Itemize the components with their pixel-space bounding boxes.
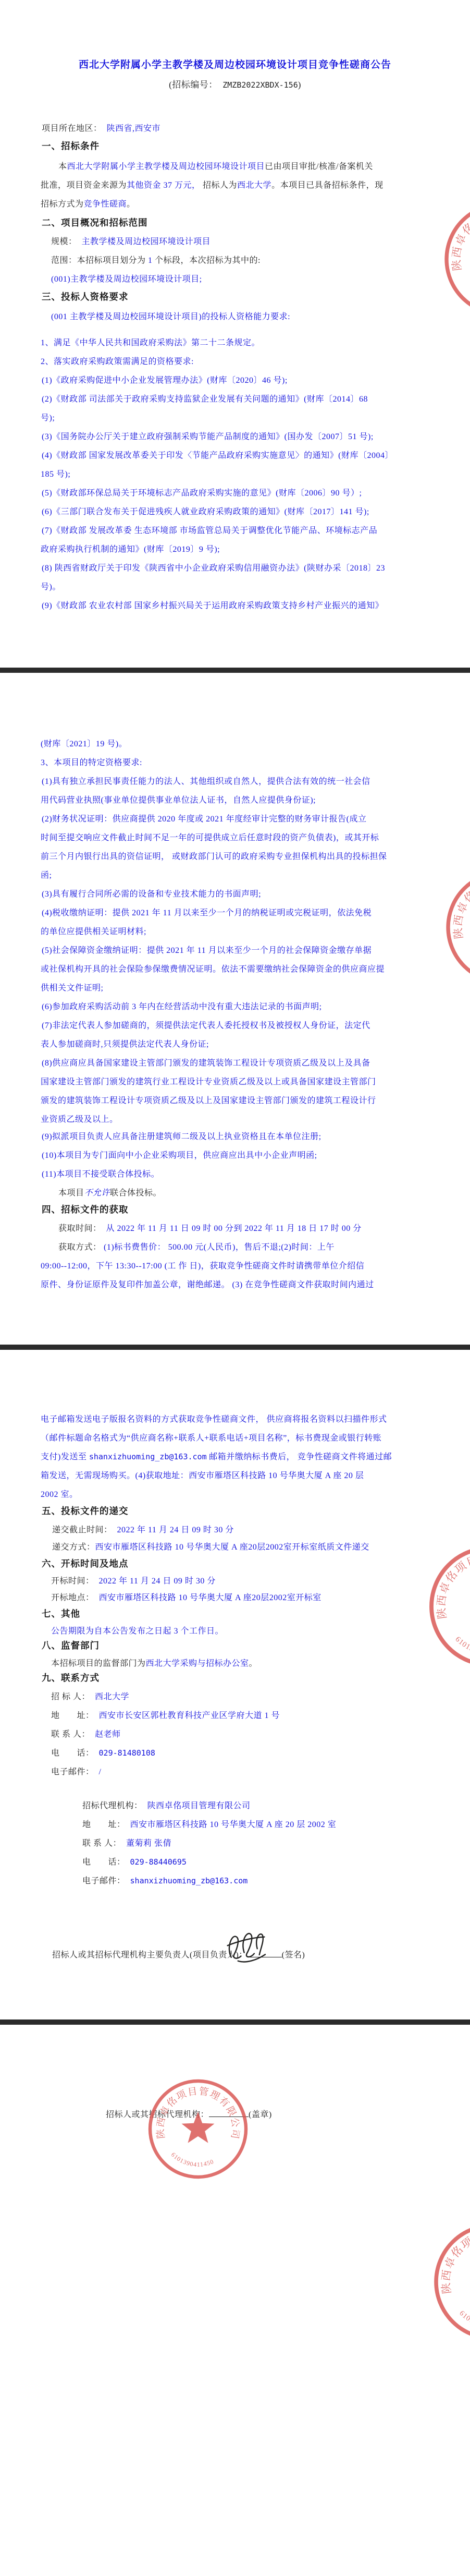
text-segment: (7)非法定代表人参加磋商的，须提供法定代表人委托授权书及被授权人身份证，法定代 xyxy=(42,1021,370,1030)
text-segment: 六、开标时间及地点 xyxy=(42,1558,129,1569)
text-segment: 四、招标文件的获取 xyxy=(42,1204,129,1215)
text-line-60: 支付)发送至 shanxizhuoming_zb@163.com 邮箱并缴纳标书… xyxy=(41,1452,392,1462)
text-segment: 开标地点： xyxy=(51,1593,99,1602)
text-segment: 或社保机构开具的社会保险参保缴费情况证明。依法不需要缴纳社会保障资金的供应商应提 xyxy=(41,965,385,974)
text-line-26: 号)。 xyxy=(41,582,61,592)
text-segment: 西安市长安区郭杜教育科技产业区学府大道 1 号 xyxy=(99,1711,280,1720)
text-segment: 西安市雁塔区科技路 10 号华奥大厦 A 座20层2002室开标室 xyxy=(99,1593,321,1602)
text-segment: (4)税收缴纳证明：提供 2021 年 11 月以来至少一个月的纳税证明或完税证… xyxy=(42,909,372,917)
text-segment: 招 标 人： xyxy=(51,1692,95,1701)
text-segment: (财库〔2021〕19 号)。 xyxy=(41,740,127,748)
seal-serial-number: 6101390411450 xyxy=(468,285,470,305)
text-segment: 招标人为 xyxy=(201,181,238,190)
text-segment: 赵老师 xyxy=(95,1730,121,1739)
tenderer-phone: 电 话： 029-81480108 xyxy=(51,1748,155,1759)
text-segment: 西安市雁塔区科技路 10 号华奥大厦 A 座 20 层 2002 室 xyxy=(130,1820,337,1829)
text-segment: 一、招标条件 xyxy=(42,141,100,151)
section-6-heading: 六、开标时间及地点 xyxy=(42,1558,129,1569)
text-segment: (1)具有独立承担民事责任能力的法人、其他组织或自然人，提供合法有效的统一社会信 xyxy=(42,777,370,786)
text-line-40: 或社保机构开具的社会保险参保缴费情况证明。依法不需要缴纳社会保障资金的供应商应提 xyxy=(41,964,385,975)
text-line-15: (1)《政府采购促进中小企业发展管理办法》(财库〔2020〕46 号); xyxy=(42,375,288,386)
text-segment: 号)。 xyxy=(41,583,61,591)
text-segment: ZMZB2022XBDX-156 xyxy=(222,80,298,90)
seal-ring xyxy=(150,2081,246,2177)
text-segment: 已由项目审批/核准/备案机关 xyxy=(265,162,373,171)
tenderer-address: 地 址： 西安市长安区郭杜教育科技产业区学府大道 1 号 xyxy=(51,1710,280,1721)
seal-line: 招标人或其招标代理机构：(盖章) xyxy=(106,2109,272,2120)
text-segment: 3、本项目的特定资格要求: xyxy=(41,758,142,767)
text-line-49: (9)拟派项目负责人应具备注册建筑师二级及以上执业资格且在本单位注册; xyxy=(42,1131,321,1142)
text-segment: (2)财务状况证明：供应商提供 2020 年度或 2021 年度经审计完整的财务… xyxy=(42,815,367,824)
text-segment: 1 xyxy=(148,256,153,265)
text-segment: (3)具有履行合同所必需的设备和专业技术能力的书面声明; xyxy=(42,890,261,899)
text-segment: (11)本项目不接受联合体投标。 xyxy=(42,1170,159,1179)
text-segment: (6)《三部门联合发布关于促进残疾人就业政府采购政策的通知》(财库〔2017〕1… xyxy=(42,507,369,516)
text-line-57: 原件、身份证原件及复印件加盖公章，谢绝邮递。 (3) 在竞争性磋商文件获取时间内… xyxy=(41,1279,374,1290)
text-segment: （邮件标题命名格式为“供应商名称+联系人+联系电话+项目名称”，标书费现金或银行… xyxy=(41,1434,381,1443)
text-line-38: 的单位应提供相关证明材料; xyxy=(41,926,146,937)
section-5-heading: 五、投标文件的递交 xyxy=(42,1506,129,1517)
section-7-heading: 七、其他 xyxy=(42,1609,80,1619)
seal-ring xyxy=(431,1548,470,1665)
text-segment: (001)主教学楼及周边校园环境设计项目; xyxy=(51,275,202,284)
text-line-55: 获取方式： (1)标书费售价： 500.00 元(人民币)，售后不退;(2)时间… xyxy=(58,1242,335,1253)
text-segment: 支付)发送至 xyxy=(41,1453,89,1461)
text-segment: shanxizhuoming_zb@163.com xyxy=(89,1452,207,1461)
text-segment: ) xyxy=(298,80,301,90)
text-line-41: 供相关文件证明; xyxy=(41,983,103,994)
text-segment: 联 系 人： xyxy=(51,1730,95,1739)
signature-stroke xyxy=(227,1937,265,1945)
text-line-37: (4)税收缴纳证明：提供 2021 年 11 月以来至少一个月的纳税证明或完税证… xyxy=(42,908,372,918)
text-segment: 陕西卓佲项目管理有限公司 xyxy=(147,1801,251,1810)
seal-company-name: 陕西卓佲项目管理有限公司 xyxy=(439,2229,470,2295)
agency-phone: 电 话： 029-88440695 xyxy=(82,1857,187,1868)
text-line-62: 2002 室。 xyxy=(41,1489,78,1500)
text-line-21: (5)《财政部环保总局关于环境标志产品政府采购实施的意见》(财库〔2006〕90… xyxy=(42,488,362,499)
seal-ring xyxy=(448,873,470,982)
text-segment: 电子邮件： xyxy=(51,1768,99,1776)
seal-serial-number: 6101390411450 xyxy=(454,1635,470,1656)
text-segment: 获取时间： xyxy=(58,1224,106,1233)
text-segment: 的单位应提供相关证明材料; xyxy=(41,927,146,936)
text-segment: 八、监督部门 xyxy=(42,1640,100,1651)
red-seal-page1: 陕西卓佲项目管理有限公司6101390411450 xyxy=(440,198,470,320)
text-line-34: 前三个月内银行出具的资信证明， 或财政部门认可的政府采购专业担保机构出具的投标担… xyxy=(41,851,387,862)
red-seal-page4: 陕西卓佲项目管理有限公司6101390411450 xyxy=(430,2219,470,2344)
text-segment: 范围：本招标项目划分为 xyxy=(51,256,148,265)
agency-email: 电子邮件： shanxizhuoming_zb@163.com xyxy=(82,1876,248,1886)
text-line-45: (8)供应商应具备国家建设主管部门颁发的建筑装饰工程设计专项资质乙级及以上及具备 xyxy=(42,1058,370,1069)
text-segment: 西安市雁塔区科技路 10 号华奥大厦 A 座20层2002室开标室纸质文件递交 xyxy=(95,1543,369,1552)
section-3-heading: 三、投标人资格要求 xyxy=(42,292,129,303)
text-line-51: (11)本项目不接受联合体投标。 xyxy=(42,1169,159,1180)
text-segment: (签名) xyxy=(282,1951,305,1960)
text-line-59: （邮件标题命名格式为“供应商名称+联系人+联系电话+项目名称”，标书费现金或银行… xyxy=(41,1433,381,1444)
project-region: 项目所在地区： 陕西省,西安市 xyxy=(42,123,160,134)
text-segment: 招标人或其招标代理机构： xyxy=(106,2110,209,2119)
text-line-46: 国家建设主管部门颁发的建筑行业工程设计专业资质乙级及以上或具备国家建设主管部门 xyxy=(41,1077,376,1087)
text-segment: / xyxy=(99,1768,102,1776)
text-line-9: 范围：本招标项目划分为 1 个标段，本次招标为其中的: xyxy=(51,255,261,266)
text-line-19: (4)《财政部 国家发展改革委关于印发〈节能产品政府采购实施意见〉的通知》(财库… xyxy=(42,450,393,461)
section-1-heading: 一、招标条件 xyxy=(42,141,100,152)
text-segment: 电子邮件： xyxy=(82,1877,130,1885)
text-line-58: 电子邮箱发送电子版报名资料的方式获取竞争性磋商文件， 供应商将报名资料以扫描件形… xyxy=(41,1414,387,1425)
text-line-67: 开标时间： 2022 年 11 月 24 日 09 时 30 分 xyxy=(51,1576,216,1587)
text-line-12: (001 主教学楼及周边校园环境设计项目)的投标人资格能力要求: xyxy=(51,311,290,322)
text-segment: 联 系 人： xyxy=(82,1839,126,1848)
text-segment: 陕西省,西安市 xyxy=(107,124,161,133)
text-segment: 五、投标文件的递交 xyxy=(42,1506,129,1516)
text-segment: 从 2022 年 11 月 11 日 09 时 00 分到 2022 年 11 … xyxy=(106,1224,362,1233)
text-segment: 递交方式： xyxy=(52,1543,95,1552)
text-segment: (4)《财政部 国家发展改革委关于印发〈节能产品政府采购实施意见〉的通知》(财库… xyxy=(42,451,393,460)
text-segment: 表人参加磋商时,只须提供法定代表人身份证; xyxy=(41,1040,209,1049)
text-line-47: 颁发的建筑装饰工程设计专项资质乙级及以上及国家建设主管部门颁发的建筑工程设计行 xyxy=(41,1095,376,1106)
text-line-28: (财库〔2021〕19 号)。 xyxy=(41,739,127,749)
text-segment: 2022 年 11 月 24 日 09 时 30 分 xyxy=(117,1526,234,1534)
text-line-72: 本招标项目的监督部门为西北大学采购与招标办公室。 xyxy=(51,1658,257,1669)
text-segment: (001 主教学楼及周边校园环境设计项目)的投标人资格能力要求: xyxy=(51,312,290,321)
text-segment: (2)《财政部 司法部关于政府采购支持监狱企业发展有关问题的通知》(财库〔201… xyxy=(42,395,368,404)
text-segment: shanxizhuoming_zb@163.com xyxy=(130,1876,248,1885)
text-segment: (5)《财政部环保总局关于环境标志产品政府采购实施的意见》(财库〔2006〕90… xyxy=(42,489,362,498)
text-segment: 三、投标人资格要求 xyxy=(42,292,129,302)
text-segment: 颁发的建筑装饰工程设计专项资质乙级及以上及国家建设主管部门颁发的建筑工程设计行 xyxy=(41,1096,376,1105)
text-segment: (8)供应商应具备国家建设主管部门颁发的建筑装饰工程设计专项资质乙级及以上及具备 xyxy=(42,1059,370,1068)
text-line-5: 批准，项目资金来源为其他资金 37 万元， 招标人为西北大学。本项目已具备招标条… xyxy=(41,180,384,191)
text-segment: 地 址： xyxy=(51,1711,99,1720)
section-2-heading: 二、项目概况和招标范围 xyxy=(42,217,148,228)
seal-ring xyxy=(447,204,470,314)
fill-in-blank xyxy=(248,1949,282,1957)
text-line-33: 时间至提交响应文件截止时间不足一年的可提供成立后任意时段的资产负债表)，或其开标 xyxy=(41,832,379,843)
text-segment: 竞争性磋商 xyxy=(84,200,127,209)
text-segment: 。 xyxy=(127,200,135,209)
text-segment: 185 号); xyxy=(41,470,70,479)
text-segment: 主教学楼及周边校园环境设计项目 xyxy=(82,237,211,246)
text-segment: 09:00--12:00，下午 13:30--17:00 (工 作 日)，获取竞… xyxy=(41,1262,364,1271)
text-segment: 国家建设主管部门颁发的建筑行业工程设计专业资质乙级及以上或具备国家建设主管部门 xyxy=(41,1078,376,1086)
text-segment: 七、其他 xyxy=(42,1609,80,1619)
text-segment: 电子邮箱发送电子版报名资料的方式获取竞争性磋商文件， 供应商将报名资料以扫描件形… xyxy=(41,1415,387,1424)
section-8-heading: 八、监督部门 xyxy=(42,1640,100,1651)
text-segment: 批准，项目资金来源为 xyxy=(41,181,127,190)
text-segment: 箱发送，无需现场购买。(4)获取地址：西安市雁塔区科技路 10 号华奥大厦 A … xyxy=(41,1471,364,1480)
text-segment: 个标段，本次招标为其中的: xyxy=(153,256,261,265)
text-segment: 西北大学 xyxy=(95,1692,129,1701)
text-segment: 029-88440695 xyxy=(130,1857,187,1867)
text-line-17: 号); xyxy=(41,413,55,424)
seal-serial-number: 6101390411450 xyxy=(457,2309,470,2330)
text-line-42: (6)参加政府采购活动前 3 年内在经营活动中没有重大违法记录的书面声明; xyxy=(42,1001,322,1012)
page-break-3 xyxy=(0,2019,470,2025)
text-segment: 西北大学 xyxy=(237,181,271,190)
text-segment: 招标代理机构： xyxy=(82,1801,147,1810)
text-segment: 其他资金 37 万元， xyxy=(127,181,201,190)
section-4-heading: 四、招标文件的获取 xyxy=(42,1204,129,1215)
text-line-14: 2、落实政府采购政策需满足的资格要求: xyxy=(41,356,194,367)
seal-ring xyxy=(436,2226,470,2338)
text-segment: 前三个月内银行出具的资信证明， 或财政部门认可的政府采购专业担保机构出具的投标担… xyxy=(41,852,387,861)
text-segment: 招标人或其招标代理机构主要负责人(项目负责人)： xyxy=(52,1951,248,1960)
text-segment: 函; xyxy=(41,871,52,880)
text-segment: 西北大学附属小学主教学楼及周边校园环境设计项目竞争性磋商公告 xyxy=(79,59,391,70)
text-segment: 号); xyxy=(41,414,55,422)
text-line-50: (10)本项目为专门面向中小企业采购项目，供应商应出具中小企业声明函; xyxy=(42,1150,317,1161)
text-segment: 二、项目概况和招标范围 xyxy=(42,217,148,228)
text-segment: 邮箱并缴纳标书费后， 竞争性磋商文件将通过邮 xyxy=(207,1453,392,1461)
text-segment: 用代码营业执照(事业单位提供事业单位法人证书，自然人应提供身份证); xyxy=(41,796,316,805)
text-segment: 西北大学附属小学主教学楼及周边校园环境设计项目 xyxy=(67,162,265,171)
text-line-8: 规模： 主教学楼及周边校园环境设计项目 xyxy=(51,236,211,247)
text-line-32: (2)财务状况证明：供应商提供 2020 年度或 2021 年度经审计完整的财务… xyxy=(42,814,367,825)
agency-contact: 联 系 人： 董菊莉 张倩 xyxy=(82,1838,171,1849)
text-segment: 。本项目已具备招标条件，现 xyxy=(271,181,384,190)
text-segment: 本招标项目的监督部门为 xyxy=(51,1659,146,1668)
text-segment: 029-81480108 xyxy=(99,1748,155,1758)
agency-address: 地 址： 西安市雁塔区科技路 10 号华奥大厦 A 座 20 层 2002 室 xyxy=(82,1819,336,1830)
tender-announcement-document: 西北大学附属小学主教学楼及周边校园环境设计项目竞争性磋商公告(招标编号： ZMZ… xyxy=(0,0,470,2576)
text-segment: 供相关文件证明; xyxy=(41,984,103,993)
text-segment: 地 址： xyxy=(82,1820,130,1829)
text-segment: 政府采购执行机制的通知》(财库〔2019〕9 号); xyxy=(41,545,220,554)
red-seal-page3: 陕西卓佲项目管理有限公司6101390411450 xyxy=(425,1542,470,1671)
text-line-65: 递交方式：西安市雁塔区科技路 10 号华奥大厦 A 座20层2002室开标室纸质… xyxy=(52,1542,369,1553)
text-segment: 西北大学采购与招标办公室 xyxy=(146,1659,249,1668)
text-segment: 2、落实政府采购政策需满足的资格要求: xyxy=(41,357,194,366)
text-segment: (9)拟派项目负责人应具备注册建筑师二级及以上执业资格且在本单位注册; xyxy=(42,1132,321,1141)
text-segment: (1)《政府采购促进中小企业发展管理办法》(财库〔2020〕46 号); xyxy=(42,376,288,385)
text-segment: 本项目 xyxy=(58,1189,84,1198)
text-line-6: 招标方式为竞争性磋商。 xyxy=(41,199,135,210)
text-segment: (5)社会保障资金缴纳证明：提供 2021 年 11 月以来至少一个月的社会保障… xyxy=(42,946,372,955)
tenderer-name: 招 标 人： 西北大学 xyxy=(51,1691,129,1702)
tenderer-contact: 联 系 人： 赵老师 xyxy=(51,1729,121,1740)
text-segment: (招标编号： xyxy=(169,80,222,90)
doc-subtitle-tender-no: (招标编号： ZMZB2022XBDX-156) xyxy=(0,79,470,91)
text-line-23: (7)《财政部 发展改革委 生态环境部 市场监管总局关于调整优化节能产品、环境标… xyxy=(42,525,377,536)
page-break-1 xyxy=(0,668,470,673)
text-segment: 2022 年 11 月 24 日 09 时 30 分 xyxy=(99,1577,216,1586)
text-segment: (7)《财政部 发展改革委 生态环境部 市场监管总局关于调整优化节能产品、环境标… xyxy=(42,526,377,535)
text-line-61: 箱发送，无需现场购买。(4)获取地址：西安市雁塔区科技路 10 号华奥大厦 A … xyxy=(41,1470,364,1481)
text-segment: (8) 陕西省财政厅关于印发《陕西省中小企业政府采购信用融资办法》(陕财办采〔2… xyxy=(42,564,385,573)
text-line-43: (7)非法定代表人参加磋商的，须提供法定代表人委托授权书及被授权人身份证，法定代 xyxy=(42,1020,370,1031)
text-line-20: 185 号); xyxy=(41,469,70,480)
text-line-27: (9)《财政部 农业农村部 国家乡村振兴局关于运用政府采购政策支持乡村产业振兴的… xyxy=(42,600,384,611)
red-seal-agency: 陕西卓佲项目管理有限公司6101390411450 xyxy=(144,2075,252,2183)
text-segment: (10)本项目为专门面向中小企业采购项目，供应商应出具中小企业声明函; xyxy=(42,1151,317,1160)
text-line-18: (3)《国务院办公厅关于建立政府强制采购节能产品制度的通知》(国办发〔2007〕… xyxy=(42,431,374,442)
text-line-16: (2)《财政部 司法部关于政府采购支持监狱企业发展有关问题的通知》(财库〔201… xyxy=(42,394,368,405)
text-line-36: (3)具有履行合同所必需的设备和专业技术能力的书面声明; xyxy=(42,889,261,900)
text-segment: 公告期限为自本公告发布之日起 3 个工作日。 xyxy=(51,1627,224,1636)
text-segment: 项目所在地区： xyxy=(42,124,107,133)
seal-company-name: 陕西卓佲项目管理有限公司 xyxy=(435,1551,470,1620)
text-segment: 1、满足《中华人民共和国政府采购法》第二十二条规定。 xyxy=(41,338,260,347)
text-line-39: (5)社会保障资金缴纳证明：提供 2021 年 11 月以来至少一个月的社会保障… xyxy=(42,945,372,956)
section-9-heading: 九、联系方式 xyxy=(42,1673,100,1684)
text-line-56: 09:00--12:00，下午 13:30--17:00 (工 作 日)，获取竞… xyxy=(41,1261,364,1272)
text-line-52: 本项目不允许联合体投标。 xyxy=(58,1188,162,1199)
doc-title: 西北大学附属小学主教学楼及周边校园环境设计项目竞争性磋商公告 xyxy=(0,59,470,70)
text-segment: (1)标书费售价： 500.00 元(人民币)，售后不退;(2)时间：上午 xyxy=(104,1243,335,1252)
text-segment: (3)《国务院办公厅关于建立政府强制采购节能产品制度的通知》(国办发〔2007〕… xyxy=(42,432,374,441)
text-segment: (6)参加政府采购活动前 3 年内在经营活动中没有重大违法记录的书面声明; xyxy=(42,1002,322,1011)
text-line-31: 用代码营业执照(事业单位提供事业单位法人证书，自然人应提供身份证); xyxy=(41,795,316,806)
text-segment: 时间至提交响应文件截止时间不足一年的可提供成立后任意时段的资产负债表)，或其开标 xyxy=(41,833,379,842)
text-segment: 2002 室。 xyxy=(41,1490,78,1499)
text-line-10: (001)主教学楼及周边校园环境设计项目; xyxy=(51,274,202,285)
fill-in-blank xyxy=(209,2109,249,2117)
text-line-25: (8) 陕西省财政厅关于印发《陕西省中小企业政府采购信用融资办法》(陕财办采〔2… xyxy=(42,563,385,574)
text-line-48: 业资质乙级及以上。 xyxy=(41,1114,118,1125)
text-line-30: (1)具有独立承担民事责任能力的法人、其他组织或自然人，提供合法有效的统一社会信 xyxy=(42,776,370,787)
text-segment: (盖章) xyxy=(249,2110,272,2119)
tenderer-email: 电子邮件： / xyxy=(51,1767,101,1777)
text-line-68: 开标地点： 西安市雁塔区科技路 10 号华奥大厦 A 座20层2002室开标室 xyxy=(51,1592,321,1603)
text-line-24: 政府采购执行机制的通知》(财库〔2019〕9 号); xyxy=(41,544,220,555)
text-segment: 。 xyxy=(249,1659,258,1668)
text-line-29: 3、本项目的特定资格要求: xyxy=(41,757,142,768)
text-segment: 董菊莉 张倩 xyxy=(126,1839,171,1848)
text-segment: 原件、身份证原件及复印件加盖公章，谢绝邮递。 (3) 在竞争性磋商文件获取时间内… xyxy=(41,1280,374,1289)
text-segment: 电 话： xyxy=(82,1858,130,1867)
text-line-54: 获取时间： 从 2022 年 11 月 11 日 09 时 00 分到 2022… xyxy=(58,1223,362,1234)
text-segment: 获取方式： xyxy=(58,1243,104,1252)
text-line-64: 递交截止时间： 2022 年 11 月 24 日 09 时 30 分 xyxy=(52,1525,234,1535)
text-segment: 电 话： xyxy=(51,1749,99,1758)
agency-name: 招标代理机构： 陕西卓佲项目管理有限公司 xyxy=(82,1800,251,1811)
text-segment: 招标方式为 xyxy=(41,200,84,209)
text-segment: 联合体投标。 xyxy=(110,1189,162,1198)
text-line-13: 1、满足《中华人民共和国政府采购法》第二十二条规定。 xyxy=(41,337,260,348)
text-line-4: 本西北大学附属小学主教学楼及周边校园环境设计项目已由项目审批/核准/备案机关 xyxy=(58,161,373,172)
text-line-22: (6)《三部门联合发布关于促进残疾人就业政府采购政策的通知》(财库〔2017〕1… xyxy=(42,506,369,517)
seal-company-name: 陕西卓佲项目管理有限公司 xyxy=(450,208,470,272)
text-segment: 九、联系方式 xyxy=(42,1673,100,1683)
text-line-35: 函; xyxy=(41,870,52,881)
text-segment: 本 xyxy=(58,162,67,171)
text-segment: 开标时间： xyxy=(51,1577,99,1586)
text-line-44: 表人参加磋商时,只须提供法定代表人身份证; xyxy=(41,1039,209,1050)
page-break-2 xyxy=(0,1345,470,1350)
red-seal-page2: 陕西卓佲项目管理有限公司6101390411450 xyxy=(442,866,470,988)
text-line-70: 公告期限为自本公告发布之日起 3 个工作日。 xyxy=(51,1626,224,1637)
seal-serial-number: 6101390411450 xyxy=(170,2151,215,2168)
text-segment: 规模： xyxy=(51,237,82,246)
text-segment: 业资质乙级及以上。 xyxy=(41,1115,118,1124)
seal-company-name: 陕西卓佲项目管理有限公司 xyxy=(451,876,470,940)
sign-line: 招标人或其招标代理机构主要负责人(项目负责人)：(签名) xyxy=(52,1949,305,1961)
text-segment: 递交截止时间： xyxy=(52,1526,117,1534)
text-segment: (9)《财政部 农业农村部 国家乡村振兴局关于运用政府采购政策支持乡村产业振兴的… xyxy=(42,601,384,610)
text-segment: 不允许 xyxy=(84,1189,110,1198)
